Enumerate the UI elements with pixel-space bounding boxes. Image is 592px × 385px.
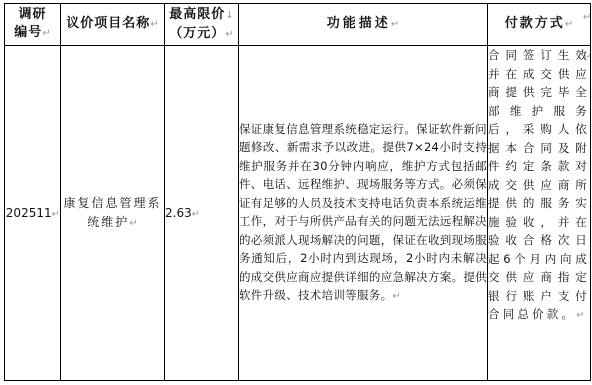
header-pay: 付款方式↵	[488, 4, 591, 46]
paragraph-mark-icon: ↵	[576, 310, 584, 321]
paragraph-mark-icon: ↵	[225, 29, 233, 40]
paragraph-mark-icon: ↵	[42, 28, 50, 39]
table-row: 202511↵ 康复信息管理系统维护↵ 2.63↵ 保证康复信息管理系统稳定运行…	[5, 46, 591, 381]
paragraph-mark-icon: ↵	[565, 19, 573, 30]
header-price-line2: （万元）	[169, 26, 225, 41]
max-price: 2.63	[165, 206, 192, 220]
header-id-line2: 编号	[14, 25, 42, 40]
cell-project-name: 康复信息管理系统维护↵	[61, 46, 165, 381]
header-price-line1: 最高限价	[169, 7, 225, 22]
function-desc: 保证康复信息管理系统稳定运行。保证软件新问题修改、新需求予以改进。提供7×24小…	[239, 122, 487, 303]
header-id-line1: 调研	[5, 6, 60, 24]
project-name: 康复信息管理系统维护	[63, 196, 161, 229]
header-name: 议价项目名称↵	[61, 4, 165, 46]
paragraph-mark-icon: ↓	[225, 10, 233, 21]
paragraph-mark-icon: ↵	[52, 209, 60, 220]
paragraph-mark-icon: ↵	[392, 291, 400, 302]
header-row: 调研 编号↵ 议价项目名称↵ 最高限价↓ （万元）↵ 功能描述↵ 付款方式↵	[5, 4, 591, 46]
research-id: 202511	[6, 206, 52, 220]
paragraph-mark-icon: ↵	[391, 19, 399, 30]
procurement-table: 调研 编号↵ 议价项目名称↵ 最高限价↓ （万元）↵ 功能描述↵ 付款方式↵ 2…	[4, 3, 591, 381]
paragraph-mark-icon: ↵	[192, 209, 200, 220]
header-desc: 功能描述↵	[239, 4, 488, 46]
header-name-label: 议价项目名称	[66, 16, 150, 31]
header-pay-label: 付款方式	[505, 16, 565, 31]
paragraph-mark-icon: ↵	[583, 12, 591, 23]
paragraph-mark-icon: ↵	[150, 19, 158, 30]
cell-payment-method: 合同签订生效并在成交供应商提供完毕全部维护服务后，采购人依据本合同及附件约定条款…	[488, 46, 591, 381]
cell-max-price: 2.63↵	[165, 46, 239, 381]
payment-method: 合同签订生效并在成交供应商提供完毕全部维护服务后，采购人依据本合同及附件约定条款…	[488, 48, 590, 321]
cell-function-desc: 保证康复信息管理系统稳定运行。保证软件新问题修改、新需求予以改进。提供7×24小…	[239, 46, 488, 381]
paragraph-mark-icon: ↵	[129, 218, 137, 229]
header-desc-label: 功能描述	[327, 16, 391, 31]
header-price: 最高限价↓ （万元）↵	[165, 4, 239, 46]
paragraph-mark-icon: ↵	[583, 52, 591, 63]
header-id: 调研 编号↵	[5, 4, 61, 46]
cell-id: 202511↵	[5, 46, 61, 381]
